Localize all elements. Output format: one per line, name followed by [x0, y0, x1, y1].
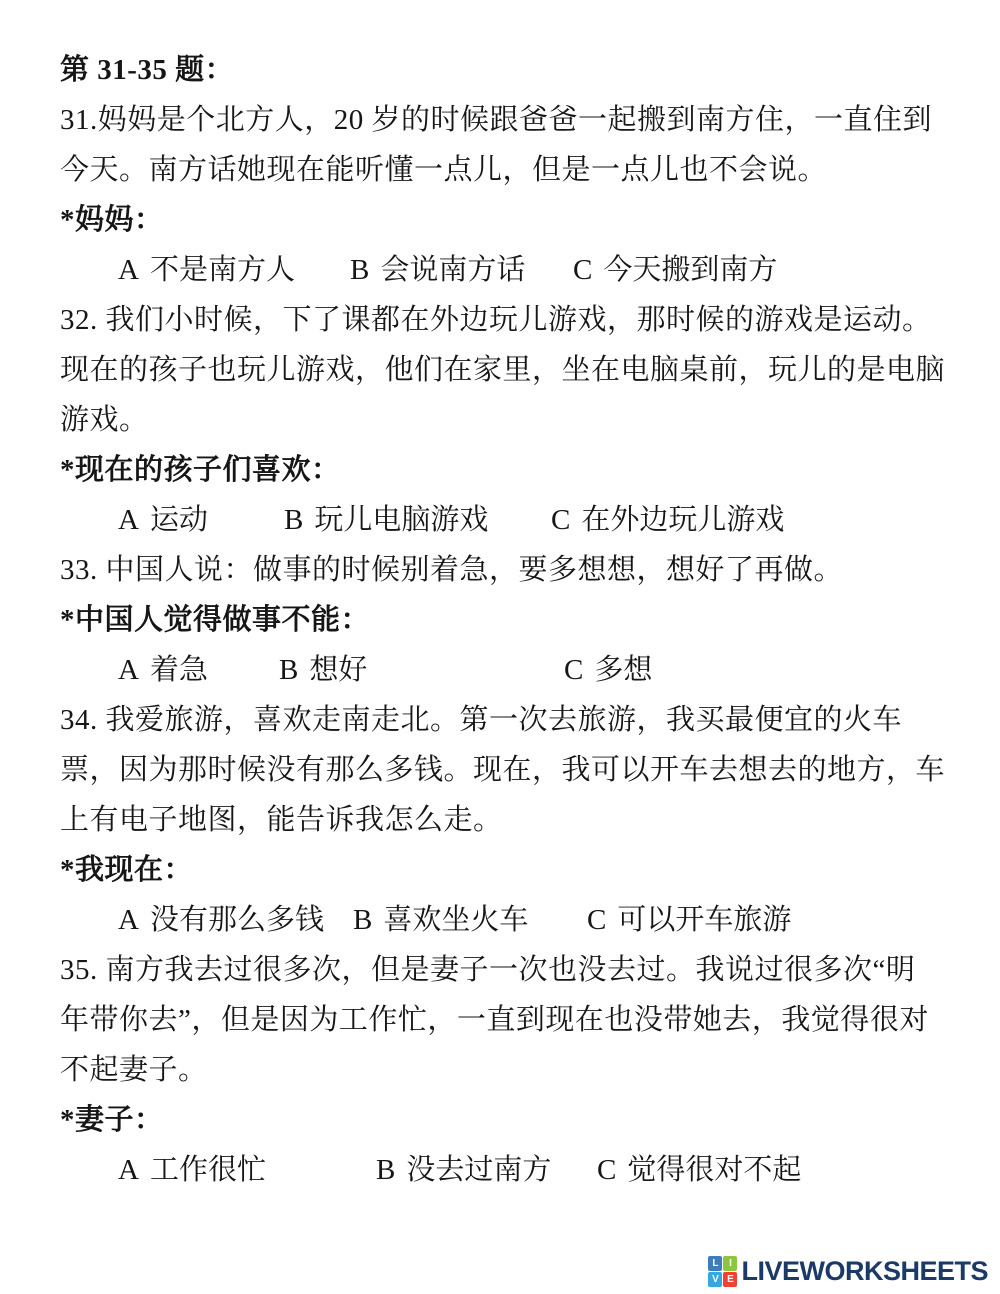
liveworksheets-logo-icon: L I V E [708, 1256, 737, 1287]
options-row: A不是南方人 B会说南方话 C今天搬到南方 [60, 245, 942, 295]
question-33: 33. 中国人说：做事的时候别着急，要多想想，想好了再做。 *中国人觉得做事不能… [60, 545, 942, 695]
options-row: A没有那么多钱 B喜欢坐火车 C可以开车旅游 [60, 895, 942, 945]
passage-line: 33. 中国人说：做事的时候别着急，要多想想，想好了再做。 [60, 545, 942, 595]
option-text: 工作很忙 [150, 1154, 266, 1186]
option-text: 会说南方话 [380, 254, 525, 286]
brand-name: LIVEWORKSHEETS [741, 1256, 988, 1287]
logo-letter-e: E [723, 1272, 737, 1287]
liveworksheets-brand-link[interactable]: L I V E LIVEWORKSHEETS [708, 1256, 988, 1287]
option-label: B [284, 495, 303, 545]
option-b[interactable]: B没去过南方 [376, 1145, 597, 1195]
passage-line: 今天。南方话她现在能听懂一点儿，但是一点儿也不会说。 [60, 145, 942, 195]
logo-letter-v: V [708, 1272, 722, 1287]
question-35: 35. 南方我去过很多次，但是妻子一次也没去过。我说过很多次“明 年带你去”，但… [60, 945, 942, 1195]
option-text: 今天搬到南方 [603, 254, 777, 286]
option-c[interactable]: C觉得很对不起 [597, 1145, 801, 1195]
option-text: 玩儿电脑游戏 [314, 504, 488, 536]
option-c[interactable]: C今天搬到南方 [573, 245, 777, 295]
question-31: 31.妈妈是个北方人，20 岁的时候跟爸爸一起搬到南方住，一直住到 今天。南方话… [60, 95, 942, 295]
option-b[interactable]: B喜欢坐火车 [353, 895, 587, 945]
logo-letter-i: I [723, 1256, 737, 1271]
question-prompt: *现在的孩子们喜欢： [60, 445, 942, 495]
question-prompt: *妻子： [60, 1095, 942, 1145]
option-label: A [118, 245, 139, 295]
option-a[interactable]: A没有那么多钱 [118, 895, 353, 945]
option-b[interactable]: B想好 [279, 645, 564, 695]
passage-line: 现在的孩子也玩儿游戏，他们在家里，坐在电脑桌前，玩儿的是电脑 [60, 345, 942, 395]
worksheet-page: 第 31-35 题： 31.妈妈是个北方人，20 岁的时候跟爸爸一起搬到南方住，… [0, 0, 1000, 1294]
question-prompt: *我现在： [60, 845, 942, 895]
option-a[interactable]: A着急 [118, 645, 279, 695]
option-a[interactable]: A运动 [118, 495, 284, 545]
option-label: C [597, 1145, 616, 1195]
option-text: 在外边玩儿游戏 [581, 504, 784, 536]
options-row: A运动 B玩儿电脑游戏 C在外边玩儿游戏 [60, 495, 942, 545]
option-c[interactable]: C在外边玩儿游戏 [551, 495, 784, 545]
option-text: 可以开车旅游 [617, 904, 791, 936]
option-text: 没有那么多钱 [150, 904, 324, 936]
option-label: A [118, 1145, 139, 1195]
option-text: 运动 [150, 504, 208, 536]
option-text: 觉得很对不起 [627, 1154, 801, 1186]
option-a[interactable]: A不是南方人 [118, 245, 350, 295]
passage-line: 年带你去”，但是因为工作忙，一直到现在也没带她去，我觉得很对 [60, 995, 942, 1045]
passage-line: 35. 南方我去过很多次，但是妻子一次也没去过。我说过很多次“明 [60, 945, 942, 995]
option-label: B [350, 245, 369, 295]
option-text: 想好 [309, 654, 367, 686]
option-a[interactable]: A工作很忙 [118, 1145, 376, 1195]
question-prompt: *中国人觉得做事不能： [60, 595, 942, 645]
option-text: 多想 [594, 654, 652, 686]
option-text: 喜欢坐火车 [383, 904, 528, 936]
option-label: A [118, 645, 139, 695]
passage-line: 31.妈妈是个北方人，20 岁的时候跟爸爸一起搬到南方住，一直住到 [60, 95, 942, 145]
option-text: 没去过南方 [406, 1154, 551, 1186]
passage-line: 32. 我们小时候，下了课都在外边玩儿游戏，那时候的游戏是运动。 [60, 295, 942, 345]
options-row: A工作很忙 B没去过南方 C觉得很对不起 [60, 1145, 942, 1195]
options-row: A着急 B想好 C多想 [60, 645, 942, 695]
option-c[interactable]: C多想 [564, 645, 652, 695]
question-prompt: *妈妈： [60, 195, 942, 245]
option-label: B [376, 1145, 395, 1195]
logo-letter-l: L [708, 1256, 722, 1271]
option-c[interactable]: C可以开车旅游 [587, 895, 791, 945]
option-label: A [118, 495, 139, 545]
option-text: 不是南方人 [150, 254, 295, 286]
passage-line: 游戏。 [60, 395, 942, 445]
option-label: C [551, 495, 570, 545]
worksheet-content: 第 31-35 题： 31.妈妈是个北方人，20 岁的时候跟爸爸一起搬到南方住，… [60, 45, 942, 1195]
page-title: 第 31-35 题： [60, 45, 942, 95]
option-label: B [279, 645, 298, 695]
option-text: 着急 [150, 654, 208, 686]
option-label: C [564, 645, 583, 695]
option-b[interactable]: B玩儿电脑游戏 [284, 495, 551, 545]
question-34: 34. 我爱旅游，喜欢走南走北。第一次去旅游，我买最便宜的火车 票，因为那时候没… [60, 695, 942, 945]
option-label: C [587, 895, 606, 945]
passage-line: 上有电子地图，能告诉我怎么走。 [60, 795, 942, 845]
passage-line: 不起妻子。 [60, 1045, 942, 1095]
passage-line: 票，因为那时候没有那么多钱。现在，我可以开车去想去的地方，车 [60, 745, 942, 795]
option-b[interactable]: B会说南方话 [350, 245, 573, 295]
option-label: B [353, 895, 372, 945]
option-label: C [573, 245, 592, 295]
question-32: 32. 我们小时候，下了课都在外边玩儿游戏，那时候的游戏是运动。 现在的孩子也玩… [60, 295, 942, 545]
option-label: A [118, 895, 139, 945]
passage-line: 34. 我爱旅游，喜欢走南走北。第一次去旅游，我买最便宜的火车 [60, 695, 942, 745]
